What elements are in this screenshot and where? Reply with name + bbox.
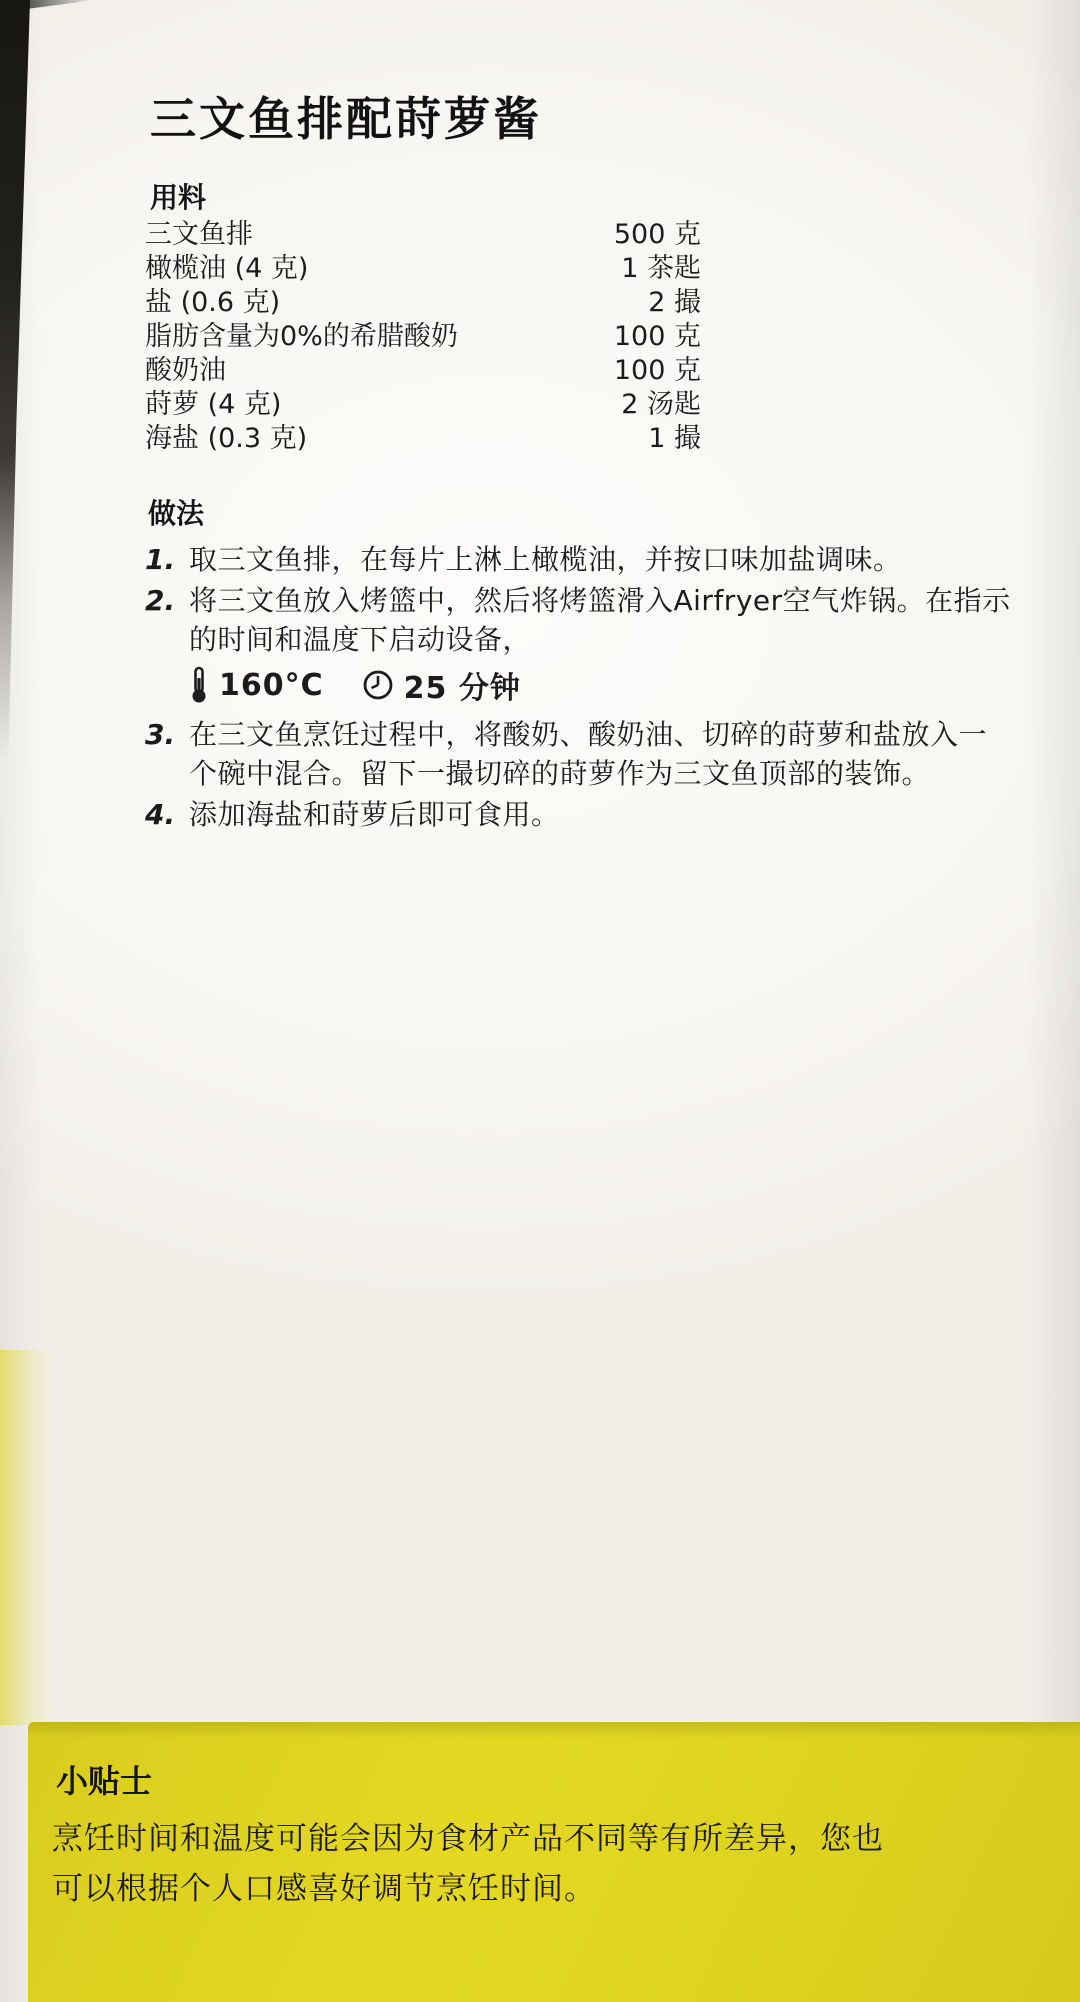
method-step: 2. 将三文鱼放入烤篮中，然后将烤篮滑入Airfryer空气炸锅。在指示的时间和… — [145, 581, 995, 713]
ingredient-amount: 100 克 — [614, 354, 701, 388]
tip-text: 烹饪时间和温度可能会因为食材产品不同等有所差异，您也可以根据个人口感喜好调节烹饪… — [52, 1814, 897, 1914]
step-text: 在三文鱼烹饪过程中，将酸奶、酸奶油、切碎的莳萝和盐放入一个碗中混合。留下一撮切碎… — [189, 715, 989, 793]
method-step: 4. 添加海盐和莳萝后即可食用。 — [145, 795, 995, 834]
ingredient-name: 莳萝 (4 克) — [145, 388, 281, 422]
ingredient-amount: 1 茶匙 — [621, 252, 701, 286]
ingredient-amount: 500 克 — [614, 218, 701, 252]
tip-box: 小贴士 烹饪时间和温度可能会因为食材产品不同等有所差异，您也可以根据个人口感喜好… — [28, 1722, 1080, 2002]
step-number: 2. — [145, 581, 189, 620]
tip-heading: 小贴士 — [56, 1756, 152, 1802]
ingredient-amount: 1 撮 — [648, 422, 701, 456]
method-step: 3. 在三文鱼烹饪过程中，将酸奶、酸奶油、切碎的莳萝和盐放入一个碗中混合。留下一… — [145, 715, 995, 793]
page-edge-yellow-bleed — [0, 1350, 55, 1725]
method-step: 1. 取三文鱼排，在每片上淋上橄榄油，并按口味加盐调味。 — [145, 540, 995, 579]
temperature-time-row: 160°C 25 分钟 — [189, 663, 1029, 707]
ingredient-row: 盐 (0.6 克) 2 撮 — [145, 286, 701, 320]
time-value: 25 分钟 — [404, 663, 521, 707]
ingredient-name: 海盐 (0.3 克) — [145, 422, 307, 456]
thermometer-icon — [189, 666, 209, 704]
step-text: 将三文鱼放入烤篮中，然后将烤篮滑入Airfryer空气炸锅。在指示的时间和温度下… — [189, 581, 1029, 659]
ingredients-section: 三文鱼排 500 克 橄榄油 (4 克) 1 茶匙 盐 (0.6 克) 2 撮 … — [145, 218, 701, 456]
ingredient-amount: 2 撮 — [648, 286, 701, 320]
recipe-page: 三文鱼排配莳萝酱 用料 三文鱼排 500 克 橄榄油 (4 克) 1 茶匙 盐 … — [0, 0, 1080, 2002]
ingredient-amount: 2 汤匙 — [621, 388, 701, 422]
ingredient-row: 橄榄油 (4 克) 1 茶匙 — [145, 252, 701, 286]
ingredient-row: 脂肪含量为0%的希腊酸奶 100 克 — [145, 320, 701, 354]
ingredient-row: 莳萝 (4 克) 2 汤匙 — [145, 388, 701, 422]
ingredient-row: 海盐 (0.3 克) 1 撮 — [145, 422, 701, 456]
book-spine-shadow — [0, 0, 30, 760]
clock-icon — [362, 669, 394, 701]
ingredient-row: 三文鱼排 500 克 — [145, 218, 701, 252]
ingredient-amount: 100 克 — [614, 320, 701, 354]
step-text: 添加海盐和莳萝后即可食用。 — [189, 795, 999, 834]
step-text: 取三文鱼排，在每片上淋上橄榄油，并按口味加盐调味。 — [189, 540, 999, 579]
ingredient-name: 三文鱼排 — [145, 218, 253, 252]
ingredients-heading: 用料 — [150, 176, 206, 216]
ingredient-name: 酸奶油 — [145, 354, 226, 388]
page-title: 三文鱼排配莳萝酱 — [150, 83, 542, 149]
ingredient-name: 盐 (0.6 克) — [145, 286, 280, 320]
ingredient-name: 橄榄油 (4 克) — [145, 252, 308, 286]
step-number: 1. — [145, 540, 189, 579]
step-number: 4. — [145, 795, 189, 834]
method-section: 1. 取三文鱼排，在每片上淋上橄榄油，并按口味加盐调味。 2. 将三文鱼放入烤篮… — [145, 540, 995, 836]
temperature-value: 160°C — [219, 668, 324, 703]
ingredient-name: 脂肪含量为0%的希腊酸奶 — [145, 320, 458, 354]
ingredient-row: 酸奶油 100 克 — [145, 354, 701, 388]
book-spine-top-shadow — [0, 0, 95, 10]
method-heading: 做法 — [148, 492, 204, 532]
step-number: 3. — [145, 715, 189, 754]
